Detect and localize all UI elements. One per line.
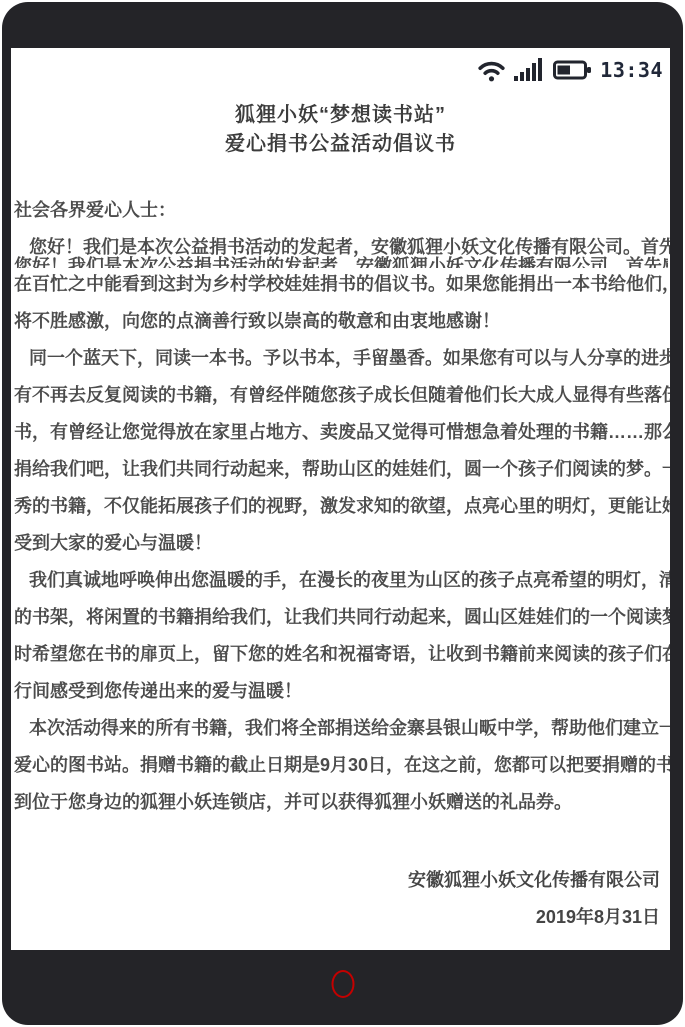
document-line: 同一个蓝天下，同读一本书。予以书本，手留墨香。如果您有可以与人分享的进步书籍， [14, 340, 668, 377]
signature-spacer [14, 821, 668, 862]
device-screen: 13:34 狐狸小妖“梦想读书站” 爱心捐书公益活动倡议书 社会各界爱心人士： … [11, 48, 670, 950]
signature-company: 安徽狐狸小妖文化传播有限公司 [14, 862, 668, 899]
tablet-bezel: 13:34 狐狸小妖“梦想读书站” 爱心捐书公益活动倡议书 社会各界爱心人士： … [2, 2, 683, 1025]
document-line: 书，有曾经让您觉得放在家里占地方、卖废品又觉得可惜想急着处理的书籍……那么请您 [14, 414, 668, 451]
paragraphs-container: 社会各界爱心人士： 您好！我们是本次公益捐书活动的发起者，安徽狐狸小妖文化传播有… [14, 192, 668, 821]
document-line: 到位于您身边的狐狸小妖连锁店，并可以获得狐狸小妖赠送的礼品券。 [14, 784, 668, 821]
document-line: 您好！我们是本次公益捐书活动的发起者，安徽狐狸小妖文化传播有限公司。首先感谢您 [14, 229, 668, 266]
document-line: 捐给我们吧，让我们共同行动起来，帮助山区的娃娃们，圆一个孩子们阅读的梦。一本优 [14, 451, 668, 488]
status-bar: 13:34 [478, 55, 663, 85]
signal-strength-icon [514, 58, 544, 82]
wifi-icon [478, 59, 505, 82]
salutation-line: 社会各界爱心人士： [14, 192, 668, 229]
document-body: 社会各界爱心人士： 您好！我们是本次公益捐书活动的发起者，安徽狐狸小妖文化传播有… [14, 192, 668, 936]
status-time: 13:34 [600, 58, 663, 82]
document-line: 爱心的图书站。捐赠书籍的截止日期是9月30日，在这之前，您都可以把要捐赠的书籍送 [14, 747, 668, 784]
document-line: 本次活动得来的所有书籍，我们将全部捐送给金寨县银山畈中学，帮助他们建立一个充满 [14, 710, 668, 747]
document-line: 受到大家的爱心与温暖！ [14, 525, 668, 562]
document-line: 秀的书籍，不仅能拓展孩子们的视野，激发求知的欲望，点亮心里的明灯，更能让她们感 [14, 488, 668, 525]
screenshot-canvas: { "device": { "bezel_color": "#242428", … [0, 0, 685, 1027]
document-title-line1: 狐狸小妖“梦想读书站” [11, 103, 670, 127]
signature-date: 2019年8月31日 [14, 899, 668, 936]
home-button[interactable] [331, 970, 354, 998]
document-line: 的书架，将闲置的书籍捐给我们，让我们共同行动起来，圆山区娃娃们的一个阅读梦！同 [14, 599, 668, 636]
document-line: 有不再去反复阅读的书籍，有曾经伴随您孩子成长但随着他们长大成人显得有些落伍的 [14, 377, 668, 414]
document-line: 我们真诚地呼唤伸出您温暖的手，在漫长的夜里为山区的孩子点亮希望的明灯，清理自己 [14, 562, 668, 599]
battery-icon [553, 60, 591, 80]
document-title-line2: 爱心捐书公益活动倡议书 [11, 132, 670, 156]
document-line: 时希望您在书的扉页上，留下您的姓名和祝福寄语，让收到书籍前来阅读的孩子们在字里 [14, 636, 668, 673]
document-line: 行间感受到您传递出来的爱与温暖！ [14, 673, 668, 710]
document-line: 在百忙之中能看到这封为乡村学校娃娃捐书的倡议书。如果您能捐出一本书给他们，我们 [14, 266, 668, 303]
document-line: 将不胜感激，向您的点滴善行致以崇高的敬意和由衷地感谢！ [14, 303, 668, 340]
